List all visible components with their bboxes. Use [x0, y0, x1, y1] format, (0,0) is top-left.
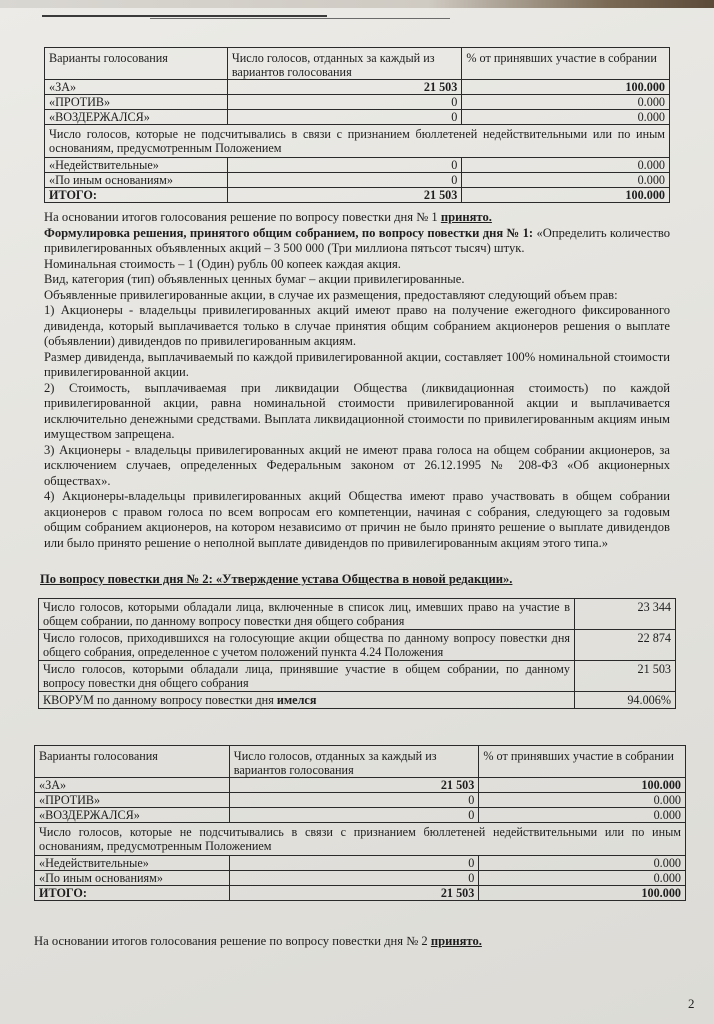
header-count: Число голосов, отданных за каждый из вар…	[229, 746, 479, 778]
vote-percent: 0.000	[462, 173, 670, 188]
vote-option-label: «ВОЗДЕРЖАЛСЯ»	[45, 110, 228, 125]
total-count: 21 503	[229, 886, 479, 901]
vote-table-header: Варианты голосованияЧисло голосов, отдан…	[45, 48, 670, 80]
quorum-row: Число голосов, которыми обладали лица, п…	[39, 661, 676, 692]
vote-count: 0	[229, 793, 479, 808]
wording-paragraph: 2) Стоимость, выплачиваемая при ликвидац…	[44, 381, 670, 443]
vote-row: «ВОЗДЕРЖАЛСЯ»00.000	[35, 808, 686, 823]
question2-vote-table: Варианты голосованияЧисло голосов, отдан…	[34, 745, 686, 901]
vote-option-label: «ВОЗДЕРЖАЛСЯ»	[35, 808, 230, 823]
vote-option-label: «ЗА»	[45, 80, 228, 95]
total-percent: 100.000	[479, 886, 686, 901]
question1-decision-line: На основании итогов голосования решение …	[44, 210, 670, 226]
wording-paragraph: Вид, категория (тип) объявленных ценных …	[44, 272, 670, 288]
vote-count: 0	[229, 808, 479, 823]
invalid-row: «Недействительные»00.000	[45, 158, 670, 173]
top-rule-line	[42, 15, 327, 17]
quorum-row: Число голосов, приходившихся на голосующ…	[39, 630, 676, 661]
invalid-option-label: «Недействительные»	[45, 158, 228, 173]
question2-quorum-table: Число голосов, которыми обладали лица, в…	[38, 598, 676, 709]
invalid-option-label: «По иным основаниям»	[35, 871, 230, 886]
total-row: ИТОГО:21 503100.000	[35, 886, 686, 901]
vote-percent: 0.000	[479, 871, 686, 886]
vote-count: 0	[229, 871, 479, 886]
invalid-header-row: Число голосов, которые не подсчитывались…	[45, 125, 670, 158]
vote-row: «ЗА»21 503100.000	[35, 778, 686, 793]
invalid-votes-header: Число голосов, которые не подсчитывались…	[35, 823, 686, 856]
invalid-option-label: «Недействительные»	[35, 856, 230, 871]
quorum-status-row: КВОРУМ по данному вопросу повестки дня и…	[39, 692, 676, 709]
vote-count: 0	[227, 95, 462, 110]
vote-percent: 100.000	[479, 778, 686, 793]
vote-percent: 0.000	[462, 158, 670, 173]
page-number: 2	[688, 996, 695, 1012]
question2-heading: По вопросу повестки дня № 2: «Утверждени…	[40, 572, 512, 587]
vote-count: 21 503	[229, 778, 479, 793]
vote-percent: 0.000	[479, 808, 686, 823]
wording-paragraph: 1) Акционеры - владельцы привилегированн…	[44, 303, 670, 350]
invalid-votes-header: Число голосов, которые не подсчитывались…	[45, 125, 670, 158]
vote-row: «ВОЗДЕРЖАЛСЯ»00.000	[45, 110, 670, 125]
total-count: 21 503	[227, 188, 462, 203]
top-rule-line-faint	[150, 18, 450, 19]
vote-option-label: «ЗА»	[35, 778, 230, 793]
vote-count: 21 503	[227, 80, 462, 95]
total-label: ИТОГО:	[35, 886, 230, 901]
decision-result: принято.	[441, 210, 492, 224]
vote-count: 0	[227, 158, 462, 173]
quorum-row: Число голосов, которыми обладали лица, в…	[39, 599, 676, 630]
question1-decision-block: На основании итогов голосования решение …	[44, 210, 670, 551]
vote-percent: 100.000	[462, 80, 670, 95]
header-count: Число голосов, отданных за каждый из вар…	[227, 48, 462, 80]
photo-background-edge	[0, 0, 714, 8]
quorum-percent: 94.006%	[575, 692, 676, 709]
quorum-status: имелся	[277, 693, 317, 707]
wording-paragraph: 3) Акционеры - владельцы привилегированн…	[44, 443, 670, 490]
invalid-row: «Недействительные»00.000	[35, 856, 686, 871]
total-percent: 100.000	[462, 188, 670, 203]
question1-wording: Формулировка решения, принятого общим со…	[44, 226, 670, 257]
vote-count: 0	[227, 110, 462, 125]
vote-percent: 0.000	[462, 110, 670, 125]
vote-option-label: «ПРОТИВ»	[45, 95, 228, 110]
wording-paragraph: Номинальная стоимость – 1 (Один) рубль 0…	[44, 257, 670, 273]
vote-option-label: «ПРОТИВ»	[35, 793, 230, 808]
total-row: ИТОГО:21 503100.000	[45, 188, 670, 203]
header-percent: % от принявших участие в собрании	[479, 746, 686, 778]
vote-percent: 0.000	[479, 793, 686, 808]
vote-table-header: Варианты голосованияЧисло голосов, отдан…	[35, 746, 686, 778]
invalid-row: «По иным основаниям»00.000	[35, 871, 686, 886]
wording-paragraph: 4) Акционеры-владельцы привилегированных…	[44, 489, 670, 551]
total-label: ИТОГО:	[45, 188, 228, 203]
question1-vote-table: Варианты голосованияЧисло голосов, отдан…	[44, 47, 670, 203]
header-option: Варианты голосования	[35, 746, 230, 778]
invalid-option-label: «По иным основаниям»	[45, 173, 228, 188]
question2-decision-line: На основании итогов голосования решение …	[34, 934, 482, 949]
header-percent: % от принявших участие в собрании	[462, 48, 670, 80]
vote-row: «ПРОТИВ»00.000	[35, 793, 686, 808]
wording-paragraph: Размер дивиденда, выплачиваемый по каждо…	[44, 350, 670, 381]
vote-count: 0	[227, 173, 462, 188]
vote-row: «ПРОТИВ»00.000	[45, 95, 670, 110]
vote-row: «ЗА»21 503100.000	[45, 80, 670, 95]
invalid-header-row: Число голосов, которые не подсчитывались…	[35, 823, 686, 856]
wording-label: Формулировка решения, принятого общим со…	[44, 226, 533, 240]
vote-count: 0	[229, 856, 479, 871]
invalid-row: «По иным основаниям»00.000	[45, 173, 670, 188]
header-option: Варианты голосования	[45, 48, 228, 80]
vote-percent: 0.000	[479, 856, 686, 871]
decision-result: принято.	[431, 934, 482, 948]
wording-paragraph: Объявленные привилегированные акции, в с…	[44, 288, 670, 304]
vote-percent: 0.000	[462, 95, 670, 110]
